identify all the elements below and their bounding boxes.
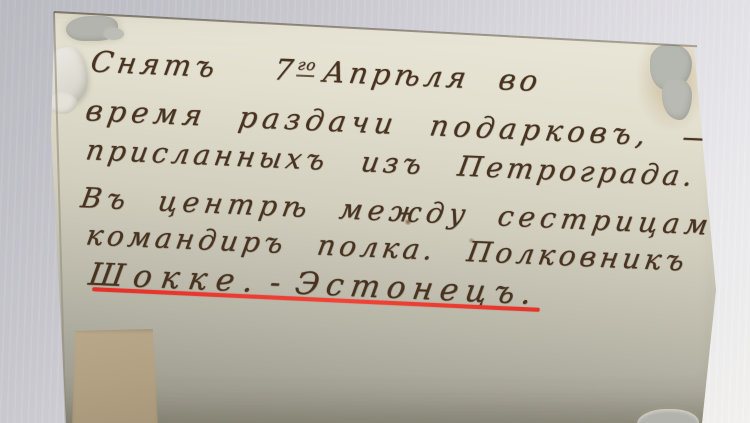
photo-back: Снятъ7гоАпрѣля во время раздачи подарков… — [0, 0, 750, 423]
word-gap — [217, 77, 273, 79]
photo-paper: Снятъ7гоАпрѣля во время раздачи подарков… — [0, 0, 750, 423]
caption-word: Апрѣля во — [321, 55, 544, 98]
superscript-ordinal: го — [296, 56, 318, 78]
caption-line-1: Снятъ7гоАпрѣля во — [88, 45, 544, 98]
caption-word: Снятъ — [88, 45, 221, 84]
caption-word: 7 — [272, 53, 300, 88]
handwritten-note: Снятъ7гоАпрѣля во время раздачи подарков… — [43, 18, 722, 387]
